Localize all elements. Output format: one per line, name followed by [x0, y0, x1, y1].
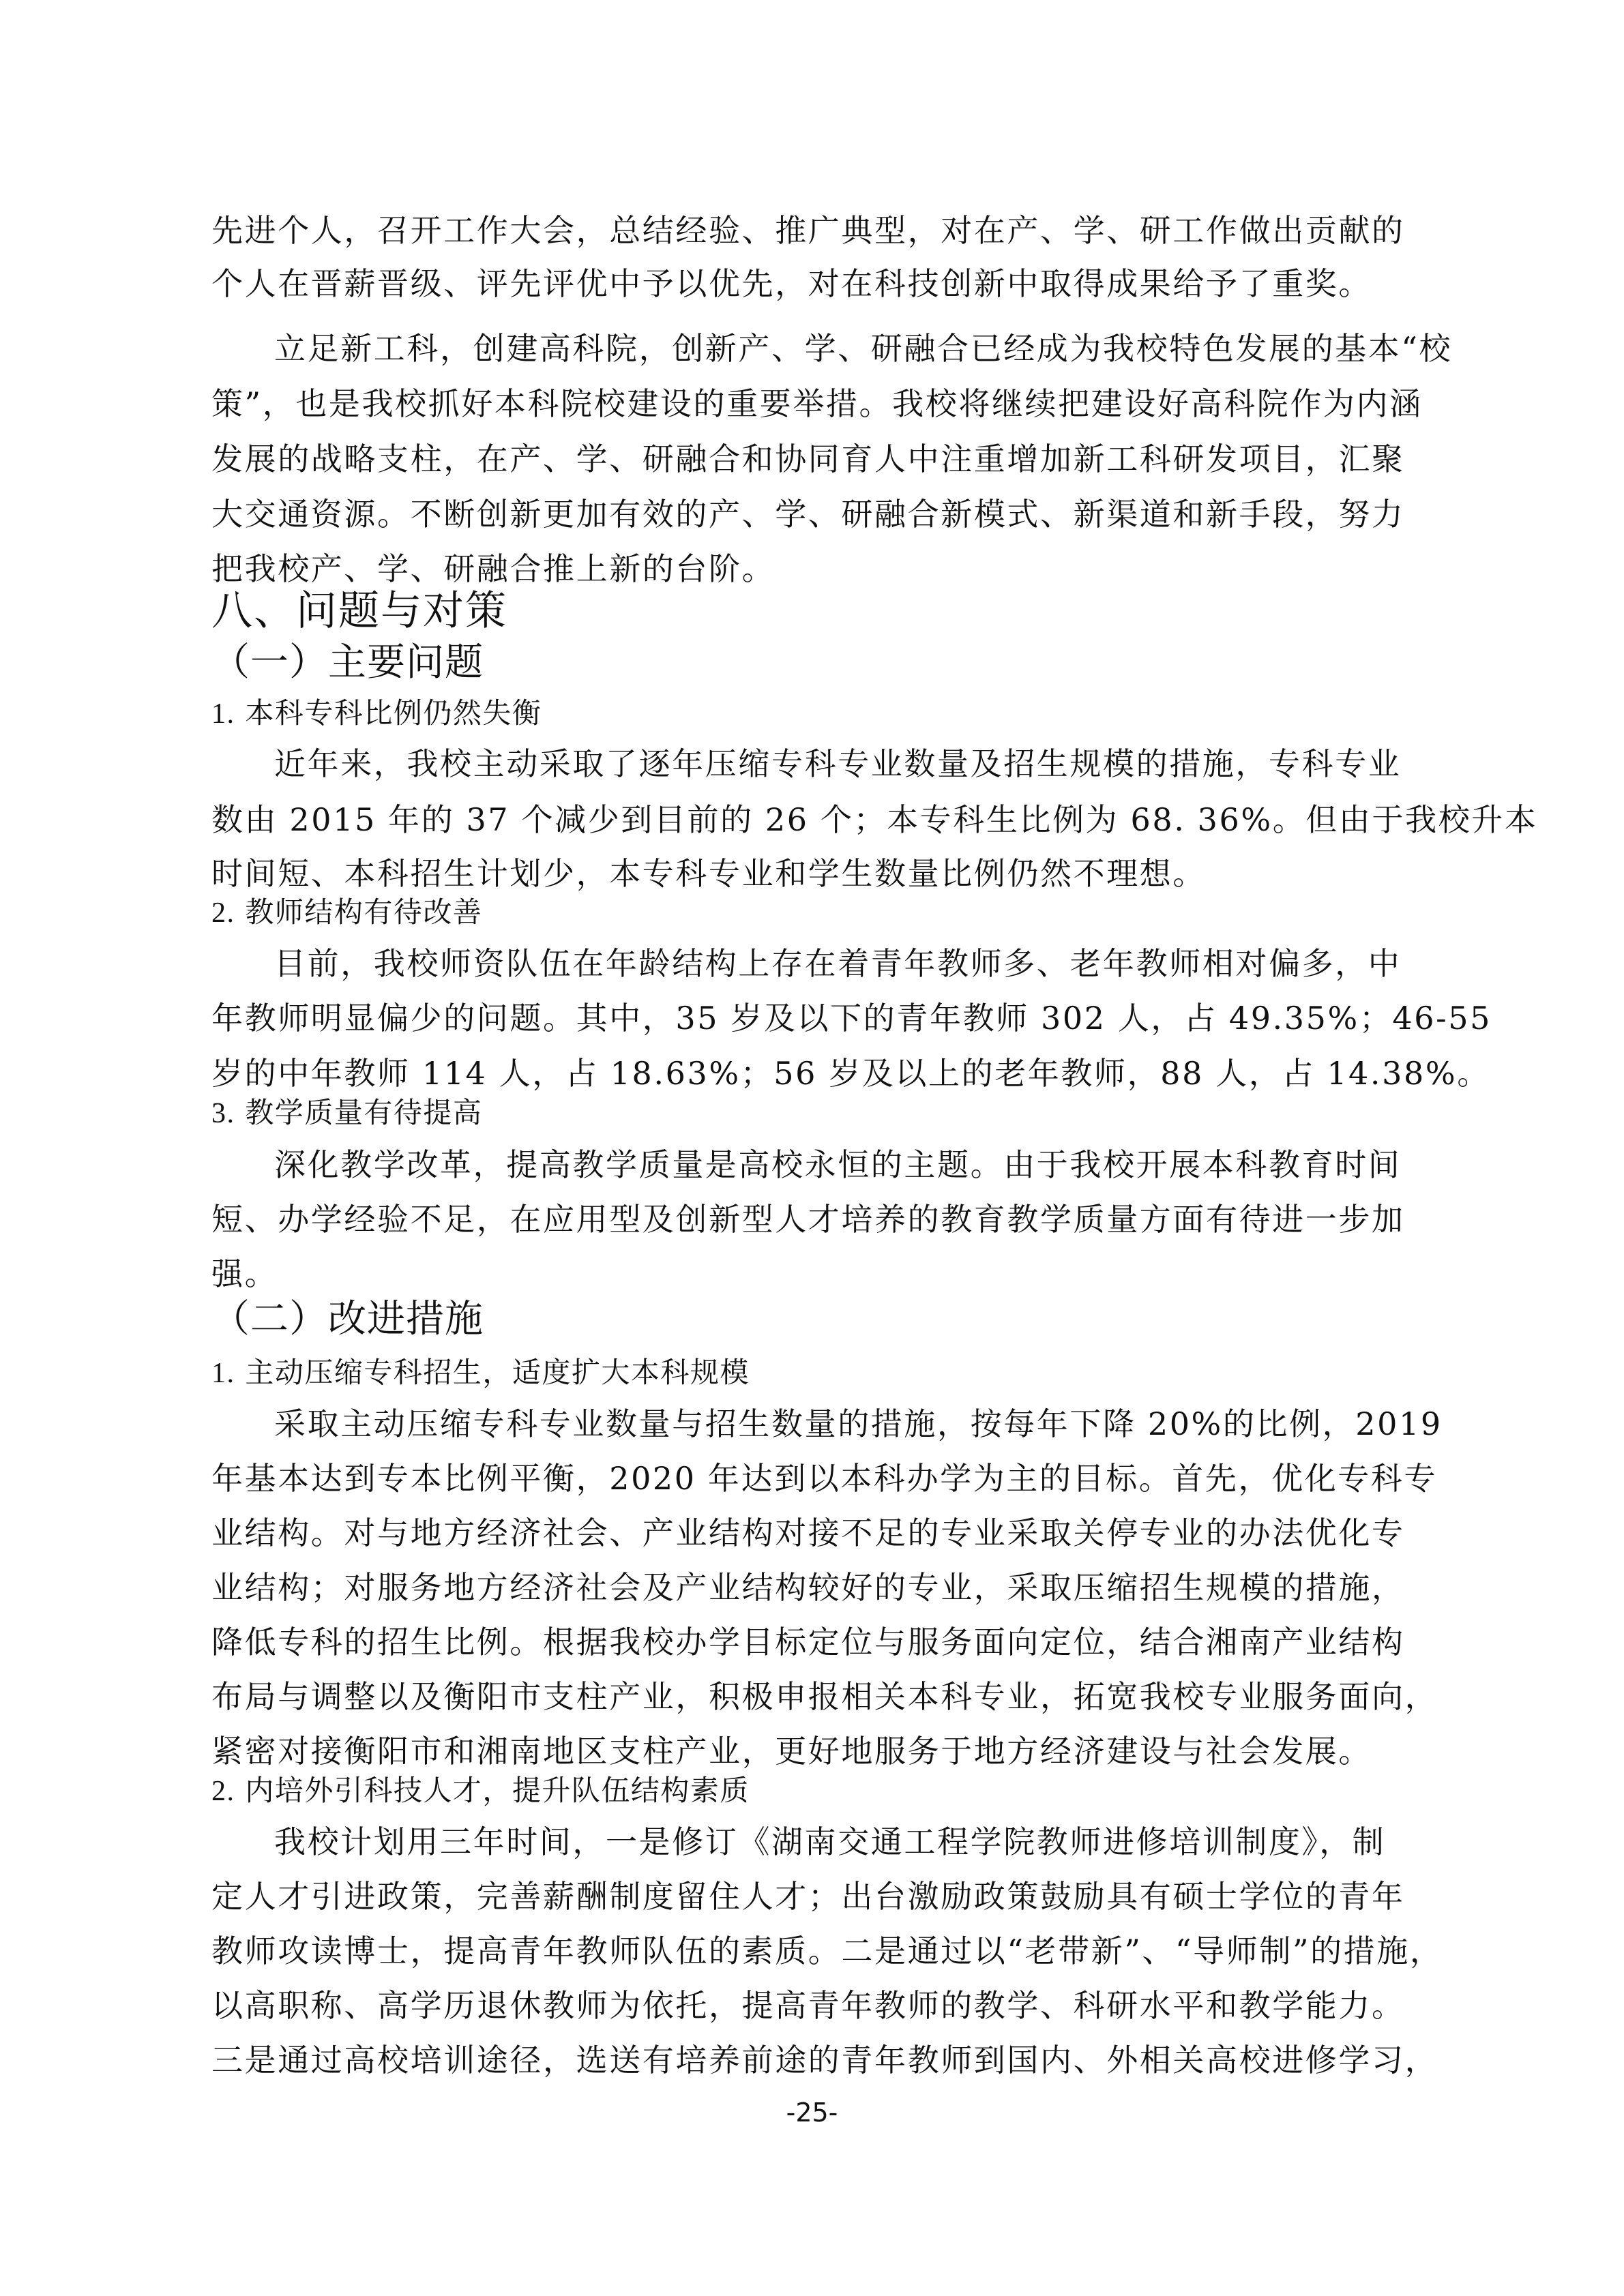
- paragraph-line: 把我校产、学、研融合推上新的台阶。: [211, 548, 775, 589]
- paragraph-line: 以高职称、高学历退休教师为依托，提高青年教师的教学、科研水平和教学能力。: [211, 1985, 1405, 2026]
- item-number: 1.: [211, 698, 235, 730]
- paragraph-line: 紧密对接衡阳市和湘南地区支柱产业，更好地服务于地方经济建设与社会发展。: [211, 1731, 1372, 1772]
- item-number: 1.: [211, 1358, 235, 1389]
- paragraph-line: 近年来，我校主动采取了逐年压缩专科专业数量及招生规模的措施，专科专业: [274, 743, 1401, 784]
- paragraph-line: 大交通资源。不断创新更加有效的产、学、研融合新模式、新渠道和新手段，努力: [211, 494, 1405, 535]
- item-heading-text: 本科专科比例仍然失衡: [245, 696, 542, 730]
- item-heading: 1. 本科专科比例仍然失衡: [211, 694, 542, 733]
- paragraph-line: 发展的战略支柱，在产、学、研融合和协同育人中注重增加新工科研发项目，汇聚: [211, 438, 1405, 479]
- item-number: 2.: [211, 897, 235, 929]
- item-heading: 2. 教师结构有待改善: [211, 893, 482, 932]
- paragraph-line: 降低专科的招生比例。根据我校办学目标定位与服务面向定位，结合湘南产业结构: [211, 1622, 1405, 1663]
- item-heading: 2. 内培外引科技人才，提升队伍结构素质: [211, 1772, 750, 1810]
- subsection-title: （二）改进措施: [211, 1296, 484, 1343]
- paragraph-line: 数由 2015 年的 37 个减少到目前的 26 个；本专科生比例为 68. 3…: [211, 799, 1538, 840]
- item-heading-text: 教师结构有待改善: [245, 895, 482, 929]
- paragraph-line: 深化教学改革，提高教学质量是高校永恒的主题。由于我校开展本科教育时间: [274, 1144, 1401, 1185]
- paragraph-line: 定人才引进政策，完善薪酬制度留住人才；出台激励政策鼓励具有硕士学位的青年: [211, 1876, 1405, 1917]
- paragraph-line: 强。: [211, 1253, 278, 1294]
- page-number: -25-: [0, 2098, 1624, 2128]
- item-number: 2.: [211, 1776, 235, 1807]
- item-heading-text: 内培外引科技人才，提升队伍结构素质: [245, 1774, 750, 1807]
- paragraph-line: 业结构。对与地方经济社会、产业结构对接不足的专业采取关停专业的办法优化专: [211, 1512, 1405, 1553]
- paragraph-line: 采取主动压缩专科专业数量与招生数量的措施，按每年下降 20%的比例，2019: [274, 1403, 1443, 1444]
- item-heading-text: 教学质量有待提高: [245, 1096, 482, 1129]
- paragraph-line: 时间短、本科招生计划少，本专科专业和学生数量比例仍然不理想。: [211, 853, 1206, 894]
- paragraph-line: 先进个人，召开工作大会，总结经验、推广典型，对在产、学、研工作做出贡献的: [211, 210, 1405, 251]
- item-number: 3.: [211, 1098, 235, 1129]
- paragraph-line: 教师攻读博士，提高青年教师队伍的素质。二是通过以“老带新”、“导师制”的措施，: [211, 1930, 1443, 1971]
- item-heading: 3. 教学质量有待提高: [211, 1094, 482, 1133]
- paragraph-line: 目前，我校师资队伍在年龄结构上存在着青年教师多、老年教师相对偏多，中: [274, 943, 1401, 984]
- subsection-title: （一）主要问题: [211, 639, 484, 687]
- item-heading: 1. 主动压缩专科招生，适度扩大本科规模: [211, 1354, 750, 1392]
- paragraph-line: 短、办学经验不足，在应用型及创新型人才培养的教育教学质量方面有待进一步加: [211, 1199, 1405, 1240]
- paragraph-line: 岁的中年教师 114 人，占 18.63%；56 岁及以上的老年教师，88 人，…: [211, 1053, 1490, 1094]
- paragraph-line: 年教师明显偏少的问题。其中，35 岁及以下的青年教师 302 人，占 49.35…: [211, 998, 1492, 1039]
- section-title: 八、问题与对策: [211, 586, 507, 636]
- paragraph-line: 个人在晋薪晋级、评先评优中予以优先，对在科技创新中取得成果给予了重奖。: [211, 263, 1372, 304]
- paragraph-line: 三是通过高校培训途径，选送有培养前途的青年教师到国内、外相关高校进修学习，: [211, 2040, 1438, 2081]
- paragraph-line: 我校计划用三年时间，一是修订《湖南交通工程学院教师进修培训制度》，制: [274, 1821, 1385, 1862]
- paragraph-line: 业结构；对服务地方经济社会及产业结构较好的专业，采取压缩招生规模的措施，: [211, 1567, 1405, 1608]
- paragraph-line: 策”，也是我校抓好本科院校建设的重要举措。我校将继续把建设好高科院作为内涵: [211, 383, 1423, 424]
- item-heading-text: 主动压缩专科招生，适度扩大本科规模: [245, 1356, 750, 1389]
- paragraph-line: 布局与调整以及衡阳市支柱产业，积极申报相关本科专业，拓宽我校专业服务面向，: [211, 1676, 1438, 1717]
- paragraph-line: 年基本达到专本比例平衡，2020 年达到以本科办学为主的目标。首先，优化专科专: [211, 1458, 1437, 1499]
- paragraph-line: 立足新工科，创建高科院，创新产、学、研融合已经成为我校特色发展的基本“校: [274, 328, 1452, 369]
